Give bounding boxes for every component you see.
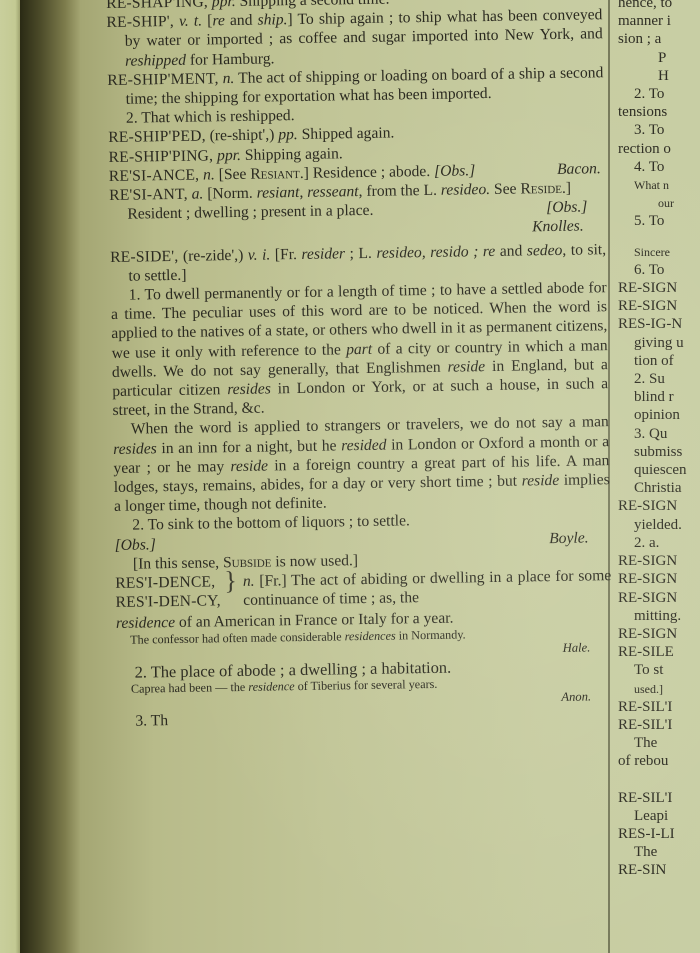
right-line: of rebou (618, 752, 700, 770)
part-of-speech: v. i. (248, 246, 271, 263)
headword-variant: RES'I-DEN-CY, (115, 592, 220, 613)
sense-italic: part (346, 341, 372, 358)
sense-text: 2. To sink to the bottom of liquors ; to… (132, 513, 410, 534)
etymology-term: ship. (257, 11, 287, 28)
right-line: RE-SIL'I (618, 698, 700, 716)
etymology: .] (562, 180, 571, 197)
etymology: and (495, 242, 527, 259)
etymology: See (490, 181, 521, 198)
citation-author: Bacon. (575, 159, 605, 179)
part-of-speech: n. (203, 166, 215, 183)
headword-pair: RES'I-DENCE, RES'I-DEN-CY, (115, 572, 221, 612)
citation-author: Boyle. (549, 528, 611, 548)
right-line: The (618, 843, 700, 861)
main-column: RE-SHĀP'ING, ppr. Shipping a second time… (106, 0, 614, 731)
reside-sense-1: 1. To dwell permanently or for a length … (111, 278, 609, 420)
right-line: our (618, 194, 700, 212)
usage-italic: reside (230, 457, 268, 475)
right-line: 2. Su (618, 370, 700, 388)
right-line: RE-SIN (618, 861, 700, 879)
right-line: 6. To (618, 261, 700, 279)
pronunciation: (re-zide',) (178, 246, 248, 264)
right-line: giving u (618, 334, 700, 352)
adjacent-page-edge (0, 0, 22, 953)
obsolete-tag: [Obs.] (528, 197, 605, 217)
book-gutter-shadow (20, 0, 80, 953)
quote-italic: residences (345, 628, 396, 643)
part-of-speech: a. (192, 186, 204, 203)
headword: RE-SHIP', (106, 13, 174, 31)
definition: for Hamburg. (186, 50, 275, 68)
part-of-speech: pp. (278, 126, 298, 143)
quote-text: Caprea had been — the (131, 680, 249, 696)
quote-text: in Normandy. (396, 627, 466, 642)
usage-italic: resided (341, 436, 387, 454)
right-line: 3. To (618, 121, 700, 139)
right-line: tensions (618, 103, 700, 121)
right-line: RE-SIL'I (618, 789, 700, 807)
headword: RES'I-DENCE, (115, 572, 220, 593)
headword: RE-SHĀP'ING, (106, 0, 208, 12)
cross-reference: Reside (520, 180, 562, 198)
definition: Shipped again. (298, 125, 395, 144)
right-line: P (618, 49, 700, 67)
right-line: 4. To (618, 158, 700, 176)
definition: Shipping again. (241, 145, 343, 164)
right-line: RE-SIGN (618, 570, 700, 588)
definition-italic: reshipped (125, 51, 186, 69)
right-line: used.] (618, 680, 700, 698)
right-line: RE-SILE (618, 643, 700, 661)
etymology-term: resiant (256, 184, 299, 202)
entry-reship: RE-SHIP', v. t. [re and ship.] To ship a… (106, 5, 603, 70)
right-line: 3. Qu (618, 425, 700, 443)
right-line: The (618, 734, 700, 752)
right-line: H (618, 67, 700, 85)
right-line: RES-I-LI (618, 825, 700, 843)
etymology: [Norm. (203, 185, 257, 203)
usage-italic: reside (522, 472, 560, 490)
right-line: Leapi (618, 807, 700, 825)
headword: RE'SI-ANT, (109, 186, 188, 204)
cross-reference: Resiant (250, 165, 300, 183)
headword: RE-SHIP'PING, (108, 147, 213, 166)
right-line: Christia (618, 479, 700, 497)
etymology: .] (300, 165, 313, 182)
pronunciation: (re-shipt',) (206, 127, 279, 145)
etymology-term: resideo. (441, 181, 490, 199)
usage-text: in an inn for a night, but he (157, 437, 342, 457)
right-line: quiescen (618, 461, 700, 479)
right-line: rection o (618, 140, 700, 158)
etymology: and (225, 12, 258, 30)
etymology: [See (215, 166, 251, 184)
residence-definition-head: n. [Fr.] The act of abiding or dwelling … (243, 566, 612, 610)
etymology: [Fr. (270, 246, 301, 263)
right-line: mitting. (618, 607, 700, 625)
right-line: 2. a. (618, 534, 700, 552)
etymology-term: resideo, resido ; re (376, 243, 495, 262)
quote-italic: residence (248, 679, 294, 694)
headword: RE-SIDE', (110, 248, 179, 266)
right-line: Sincere (618, 243, 700, 261)
part-of-speech: n. (243, 573, 255, 590)
obsolete-tag: [Obs.] (115, 536, 156, 554)
note-text: is now used.] (271, 552, 358, 570)
right-line: RES-IG-N (618, 315, 700, 333)
right-line: RE-SIL'I (618, 716, 700, 734)
note-text: [In this sense, (133, 554, 223, 572)
obsolete-tag: [Obs.] (434, 162, 475, 180)
sense-italic: resides (227, 381, 271, 399)
definition: Resident ; dwelling ; present in a place… (127, 202, 373, 223)
etymology: , from the L. (358, 182, 441, 200)
part-of-speech: n. (223, 70, 235, 87)
right-line: 2. To (618, 85, 700, 103)
right-line: RE-SIGN (618, 625, 700, 643)
usage-italic: resides (113, 440, 157, 458)
right-line: manner i (618, 12, 700, 30)
etymology: [Fr.] (254, 572, 291, 590)
etymology-term: sedeo (527, 242, 563, 260)
right-line: blind r (618, 388, 700, 406)
sense-italic: reside (447, 358, 485, 376)
reside-usage-note: When the word is applied to strangers or… (113, 413, 610, 517)
right-line: submiss (618, 443, 700, 461)
right-line: hence, to (618, 0, 700, 12)
right-line: tion of (618, 352, 700, 370)
etymology: ; L. (345, 244, 377, 261)
right-line: RE-SIGN (618, 589, 700, 607)
part-of-speech: ppr. (217, 147, 241, 164)
right-line: yielded. (618, 516, 700, 534)
right-line (618, 771, 700, 789)
right-line: RE-SIGN (618, 297, 700, 315)
headword: RE-SHIP'PED, (108, 128, 206, 147)
headword: RE-SHIP'MENT, (107, 70, 219, 89)
right-line: RE-SIGN (618, 279, 700, 297)
quote-text: The confessor had often made considerabl… (130, 629, 345, 646)
right-column-fragment: hence, to manner i sion ; a P H 2. To te… (618, 0, 700, 880)
etymology-term: resider (301, 245, 345, 263)
right-line: sion ; a (618, 30, 700, 48)
part-of-speech: ppr. (212, 0, 236, 10)
right-line (618, 231, 700, 243)
headword: RE'SI-ANCE, (109, 166, 200, 184)
right-line: opinion (618, 406, 700, 424)
definition: Residence ; abode. (313, 163, 431, 182)
entry-residence: RES'I-DENCE, RES'I-DEN-CY, } n. [Fr.] Th… (115, 566, 612, 612)
right-line: To st (618, 661, 700, 679)
dictionary-page: RE-SHĀP'ING, ppr. Shipping a second time… (80, 0, 700, 953)
right-line: What n (618, 176, 700, 194)
part-of-speech: v. t. (179, 13, 202, 30)
definition-italic: residence (116, 614, 175, 632)
quote-text: of Tiberius for several years. (294, 677, 437, 693)
etymology-term: re (212, 12, 225, 29)
definition: The act of abiding or dwelling in a plac… (243, 567, 611, 609)
right-line: RE-SIGN (618, 552, 700, 570)
right-line: 5. To (618, 212, 700, 230)
etymology-term: resseant (307, 183, 359, 201)
brace-glyph: } (224, 572, 237, 590)
right-line: RE-SIGN (618, 497, 700, 515)
